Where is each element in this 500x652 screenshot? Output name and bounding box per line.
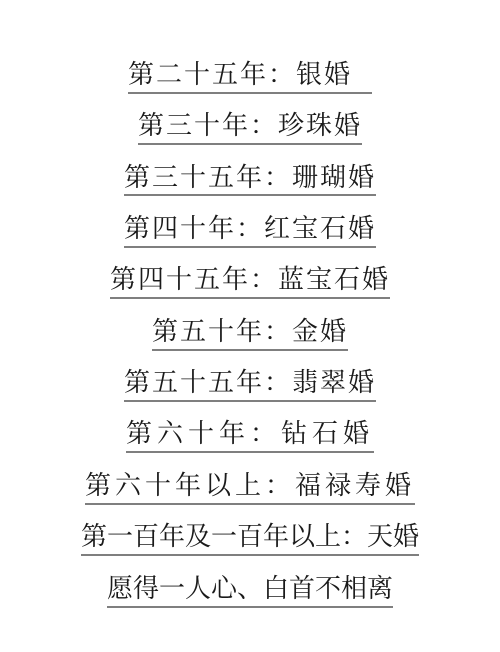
anniversary-text: 第六十年以上：福禄寿婚 (85, 471, 415, 505)
anniversary-text: 第五十年：金婚 (152, 317, 348, 351)
text-line: 第一百年及一百年以上：天婚 (0, 514, 500, 565)
text-line: 第六十年以上：福禄寿婚 (0, 462, 500, 513)
anniversary-text: 第六十年：钻石婚 (126, 419, 374, 453)
text-line: 愿得一人心、白首不相离 (0, 565, 500, 616)
anniversary-text: 第一百年及一百年以上：天婚 (81, 522, 419, 556)
anniversary-text: 第五十五年：翡翠婚 (124, 368, 376, 402)
text-line: 第三十年：珍珠婚 (0, 102, 500, 153)
text-line: 第五十五年：翡翠婚 (0, 359, 500, 410)
text-line: 第四十五年：蓝宝石婚 (0, 257, 500, 308)
text-line: 第二十五年：银婚 (0, 51, 500, 102)
text-line: 第六十年：钻石婚 (0, 411, 500, 462)
anniversary-text: 第四十年：红宝石婚 (124, 214, 376, 248)
anniversary-text: 第二十五年：银婚 (128, 60, 372, 94)
anniversary-text: 第三十年：珍珠婚 (138, 111, 362, 145)
document-page: 第二十五年：银婚第三十年：珍珠婚第三十五年：珊瑚婚第四十年：红宝石婚第四十五年：… (0, 0, 500, 652)
anniversary-text: 第四十五年：蓝宝石婚 (110, 265, 390, 299)
anniversary-list: 第二十五年：银婚第三十年：珍珠婚第三十五年：珊瑚婚第四十年：红宝石婚第四十五年：… (0, 51, 500, 616)
text-line: 第三十五年：珊瑚婚 (0, 154, 500, 205)
text-line: 第五十年：金婚 (0, 308, 500, 359)
anniversary-text: 第三十五年：珊瑚婚 (124, 163, 376, 197)
anniversary-text: 愿得一人心、白首不相离 (107, 574, 393, 608)
text-line: 第四十年：红宝石婚 (0, 205, 500, 256)
